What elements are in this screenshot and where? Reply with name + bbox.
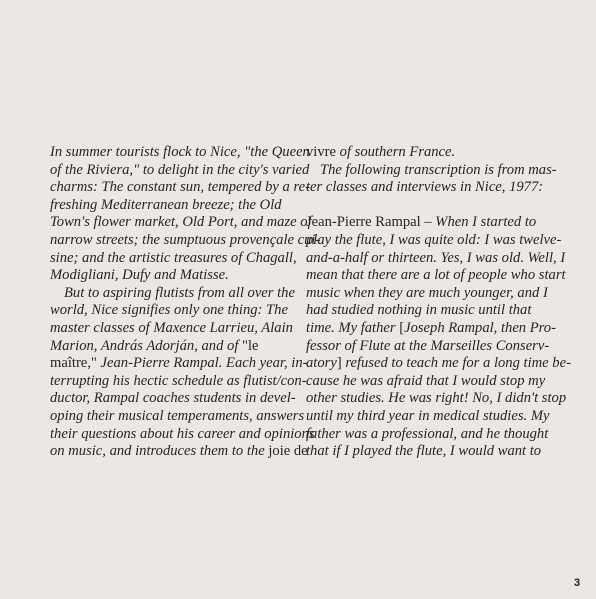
text-line: ductor, Rampal coaches students in devel… [50,390,300,408]
roman-text: maître," [50,355,101,371]
text-line: terrupting his hectic schedule as flutis… [50,373,300,391]
text-line: maître," Jean-Pierre Rampal. Each year, … [50,355,300,373]
italic-text: of the Riviera," to delight in the city'… [50,162,309,178]
text-line: oping their musical temperaments, answer… [50,408,300,426]
text-line: world, Nice signifies only one thing: Th… [50,302,300,320]
italic-text: refused to teach me for a long time be- [345,355,571,371]
italic-text: that if I played the flute, I would want… [306,443,541,459]
italic-text: sine; and the artistic treasures of Chag… [50,250,297,266]
italic-text: Joseph Rampal, then Pro- [404,320,556,336]
italic-text: In summer tourists flock to Nice, "the Q… [50,144,310,160]
italic-text: terrupting his hectic schedule as flutis… [50,373,307,389]
text-line: time. My father [Joseph Rampal, then Pro… [306,320,556,338]
text-line: narrow streets; the sumptuous provençale… [50,232,300,250]
text-line: master classes of Maxence Larrieu, Alain [50,320,300,338]
italic-text: freshing Mediterranean breeze; the Old [50,197,282,213]
italic-text: atory [306,355,337,371]
text-line: their questions about his career and opi… [50,426,300,444]
text-line: But to aspiring flutists from all over t… [50,285,300,303]
text-line: The following transcription is from mas- [306,162,556,180]
italic-text: oping their musical temperaments, answer… [50,408,304,424]
right-text-column: vivre of southern France.The following t… [306,144,556,461]
text-line: cause he was afraid that I would stop my [306,373,556,391]
text-line: of the Riviera," to delight in the city'… [50,162,300,180]
italic-text: ter classes and interviews in Nice, 1977… [306,179,543,195]
page-number: 3 [574,577,580,589]
italic-text: time. My father [306,320,399,336]
italic-text: Town's flower market, Old Port, and maze… [50,214,312,230]
text-line: Town's flower market, Old Port, and maze… [50,214,300,232]
italic-text: had studied nothing in music until that [306,302,531,318]
italic-text: mean that there are a lot of people who … [306,267,566,283]
italic-text: other studies. He was right! No, I didn'… [306,390,566,406]
italic-text: world, Nice signifies only one thing: Th… [50,302,288,318]
roman-text: joie de [268,443,307,459]
italic-text: their questions about his career and opi… [50,426,315,442]
text-line: ter classes and interviews in Nice, 1977… [306,179,556,197]
text-line: charms: The constant sun, tempered by a … [50,179,300,197]
italic-text: When I started to [435,214,536,230]
text-line: until my third year in medical studies. … [306,408,556,426]
text-line: and-a-half or thirteen. Yes, I was old. … [306,250,556,268]
italic-text: on music, and introduces them to the [50,443,268,459]
text-line: play the flute, I was quite old: I was t… [306,232,556,250]
left-text-column: In summer tourists flock to Nice, "the Q… [50,144,300,461]
roman-text: "le [242,338,259,354]
text-line: Modigliani, Dufy and Matisse. [50,267,300,285]
text-line: on music, and introduces them to the joi… [50,443,300,461]
roman-text: Jean-Pierre Rampal – [306,214,435,230]
italic-text: father was a professional, and he though… [306,426,548,442]
italic-text: music when they are much younger, and I [306,285,548,301]
italic-text: But to aspiring flutists from all over t… [64,285,295,301]
text-line: atory] refused to teach me for a long ti… [306,355,556,373]
text-line: freshing Mediterranean breeze; the Old [50,197,300,215]
text-line: Marion, András Adorján, and of "le [50,338,300,356]
text-line: sine; and the artistic treasures of Chag… [50,250,300,268]
text-line: that if I played the flute, I would want… [306,443,556,461]
text-line: In summer tourists flock to Nice, "the Q… [50,144,300,162]
text-line: mean that there are a lot of people who … [306,267,556,285]
text-line: had studied nothing in music until that [306,302,556,320]
italic-text: Jean-Pierre Rampal. Each year, in- [101,355,308,371]
italic-text: The following transcription is from mas- [320,162,557,178]
italic-text: and-a-half or thirteen. Yes, I was old. … [306,250,565,266]
text-line: other studies. He was right! No, I didn'… [306,390,556,408]
text-line: music when they are much younger, and I [306,285,556,303]
italic-text: cause he was afraid that I would stop my [306,373,545,389]
italic-text: Modigliani, Dufy and Matisse. [50,267,229,283]
italic-text: Marion, András Adorján, and of [50,338,242,354]
text-line: father was a professional, and he though… [306,426,556,444]
italic-text: narrow streets; the sumptuous provençale… [50,232,320,248]
italic-text: play the flute, I was quite old: I was t… [306,232,561,248]
italic-text: master classes of Maxence Larrieu, Alain [50,320,293,336]
italic-text: ductor, Rampal coaches students in devel… [50,390,296,406]
italic-text: of southern France. [340,144,456,160]
italic-text: fessor of Flute at the Marseilles Conser… [306,338,549,354]
italic-text: until my third year in medical studies. … [306,408,549,424]
text-line: Jean-Pierre Rampal – When I started to [306,214,556,232]
text-line: fessor of Flute at the Marseilles Conser… [306,338,556,356]
italic-text: charms: The constant sun, tempered by a … [50,179,310,195]
text-line: vivre of southern France. [306,144,556,162]
roman-text: vivre [306,144,340,160]
text-line [306,197,556,215]
